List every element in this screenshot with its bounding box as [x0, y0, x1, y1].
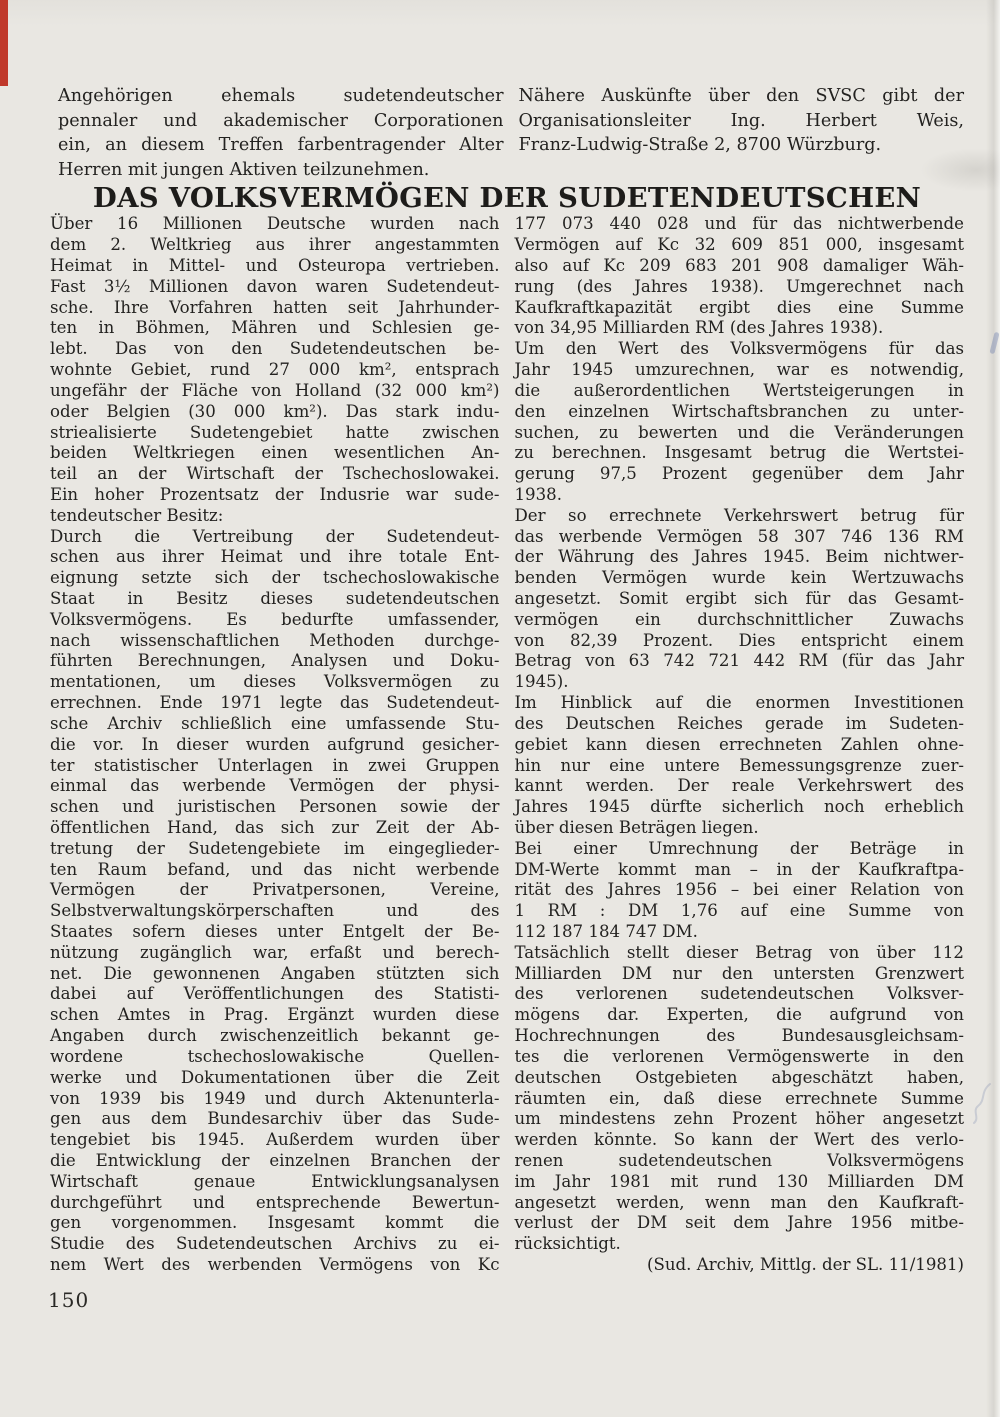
text-line: ten Raum befand, und das nicht werbende	[50, 860, 500, 881]
text-line: dem 2. Weltkrieg aus ihrer angestammten	[50, 235, 500, 256]
text-line: Um den Wert des Volksvermögens für das	[515, 339, 965, 360]
text-line: das werbende Vermögen 58 307 746 136 RM	[515, 527, 965, 548]
text-line: eignung setzte sich der tschechoslowakis…	[50, 568, 500, 589]
text-line: Vermögen der Privatpersonen, Vereine,	[50, 880, 500, 901]
text-line: Herren mit jungen Aktiven teilzunehmen.	[58, 158, 504, 183]
text-line: angesetzt. Somit ergibt sich für das Ges…	[515, 589, 965, 610]
text-line: Ein hoher Prozentsatz der Indusrie war s…	[50, 485, 500, 506]
text-line: die vor. In dieser wurden aufgrund gesic…	[50, 735, 500, 756]
text-line: den einzelnen Wirtschaftsbranchen zu unt…	[515, 402, 965, 423]
text-line: führten Berechnungen, Analysen und Doku-	[50, 651, 500, 672]
text-line: schen Amtes in Prag. Ergänzt wurden dies…	[50, 1005, 500, 1026]
text-line: 1 RM : DM 1,76 auf eine Summe von	[515, 901, 965, 922]
text-line: sche. Ihre Vorfahren hatten seit Jahrhun…	[50, 298, 500, 319]
text-line: Staates sofern dieses unter Entgelt der …	[50, 922, 500, 943]
text-line: nach wissenschaftlichen Methoden durchge…	[50, 631, 500, 652]
text-line: werden könnte. So kann der Wert des verl…	[515, 1130, 965, 1151]
source-credit: (Sud. Archiv, Mittlg. der SL. 11/1981)	[515, 1255, 965, 1276]
text-line: mögens dar. Experten, die aufgrund von	[515, 1005, 965, 1026]
text-line: wordene tschechoslowakische Quellen-	[50, 1047, 500, 1068]
paragraph: 177 073 440 028 und für das nichtwerbend…	[515, 214, 965, 339]
text-line: benden Vermögen wurde kein Wertzuwachs	[515, 568, 965, 589]
text-line: gen vorgenommen. Insgesamt kommt die	[50, 1213, 500, 1234]
text-line: Jahres 1945 dürfte sicherlich noch erheb…	[515, 797, 965, 818]
text-line: ten in Böhmen, Mähren und Schlesien ge-	[50, 318, 500, 339]
text-line: ungefähr der Fläche von Holland (32 000 …	[50, 381, 500, 402]
text-line: Volksvermögens. Es bedurfte umfassender,	[50, 610, 500, 631]
text-line: DM-Werte kommt man – in der Kaufkraftpa-	[515, 860, 965, 881]
text-line: nützung zugänglich war, erfaßt und berec…	[50, 943, 500, 964]
intro-section: Angehörigen ehemals sudetendeutscherpenn…	[50, 84, 964, 182]
text-line: also auf Kc 209 683 201 908 damaliger Wä…	[515, 256, 965, 277]
text-line: nem Wert des werbenden Vermögens von Kc	[50, 1255, 500, 1276]
text-line: tengebiet bis 1945. Außerdem wurden über	[50, 1130, 500, 1151]
text-line: des verlorenen sudetendeutschen Volksver…	[515, 984, 965, 1005]
paragraph: Um den Wert des Volksvermögens für dasJa…	[515, 339, 965, 506]
text-line: im Jahr 1981 mit rund 130 Milliarden DM	[515, 1172, 965, 1193]
text-line: zu berechnen. Insgesamt betrug die Werts…	[515, 443, 965, 464]
text-line: suchen, zu bewerten und die Veränderunge…	[515, 423, 965, 444]
text-line: Staat in Besitz dieses sudetendeutschen	[50, 589, 500, 610]
text-line: die außerordentlichen Wertsteigerungen i…	[515, 381, 965, 402]
text-line: sche Archiv schließlich eine umfassende …	[50, 714, 500, 735]
text-line: schen aus ihrer Heimat und ihre totale E…	[50, 547, 500, 568]
text-line: tendeutscher Besitz:	[50, 506, 500, 527]
text-line: pennaler und akademischer Corporationen	[58, 109, 504, 134]
text-line: striealisierte Sudetengebiet hatte zwisc…	[50, 423, 500, 444]
article-title: DAS VOLKSVERMÖGEN DER SUDETENDEUTSCHEN	[50, 184, 964, 212]
text-line: tretung der Sudetengebiete im eingeglied…	[50, 839, 500, 860]
text-line: Milliarden DM nur den untersten Grenzwer…	[515, 964, 965, 985]
text-line: beiden Weltkriegen einen wesentlichen An…	[50, 443, 500, 464]
text-line: tes die verlorenen Vermögenswerte in den	[515, 1047, 965, 1068]
text-line: (Sud. Archiv, Mittlg. der SL. 11/1981)	[515, 1255, 965, 1276]
text-line: Über 16 Millionen Deutsche wurden nach	[50, 214, 500, 235]
text-line: durchgeführt und entsprechende Bewertun-	[50, 1193, 500, 1214]
text-line: 177 073 440 028 und für das nichtwerbend…	[515, 214, 965, 235]
text-line: Der so errechnete Verkehrswert betrug fü…	[515, 506, 965, 527]
intro-right-paragraph: Nähere Auskünfte über den SVSC gibt derO…	[519, 84, 965, 158]
text-line: um mindestens zehn Prozent höher angeset…	[515, 1109, 965, 1130]
text-line: 1938.	[515, 485, 965, 506]
document-page: Angehörigen ehemals sudetendeutscherpenn…	[0, 0, 1000, 1417]
text-line: rung (des Jahres 1938). Umgerechnet nach	[515, 277, 965, 298]
text-line: vermögen ein durchschnittlicher Zuwachs	[515, 610, 965, 631]
text-line: gen aus dem Bundesarchiv über das Sude-	[50, 1109, 500, 1130]
text-line: lebt. Das von den Sudetendeutschen be-	[50, 339, 500, 360]
paragraph: Über 16 Millionen Deutsche wurden nachde…	[50, 214, 500, 526]
text-line: Fast 3½ Millionen davon waren Sudetendeu…	[50, 277, 500, 298]
paragraph: Bei einer Umrechnung der Beträge inDM-We…	[515, 839, 965, 943]
text-line: des Deutschen Reiches gerade im Sudeten-	[515, 714, 965, 735]
body-left-column: Über 16 Millionen Deutsche wurden nachde…	[50, 214, 500, 1275]
text-line: oder Belgien (30 000 km²). Das stark ind…	[50, 402, 500, 423]
text-line: wohnte Gebiet, rund 27 000 km², entsprac…	[50, 360, 500, 381]
text-line: räumten ein, daß diese errechnete Summe	[515, 1089, 965, 1110]
text-line: 1945).	[515, 672, 965, 693]
scan-artifact-red-strip	[0, 0, 8, 86]
text-line: über diesen Beträgen liegen.	[515, 818, 965, 839]
text-line: Organisationsleiter Ing. Herbert Weis,	[519, 109, 965, 134]
text-line: rität des Jahres 1956 – bei einer Relati…	[515, 880, 965, 901]
text-line: angesetzt werden, wenn man den Kaufkraft…	[515, 1193, 965, 1214]
text-line: net. Die gewonnenen Angaben stützten sic…	[50, 964, 500, 985]
text-line: öffentlichen Hand, das sich zur Zeit der…	[50, 818, 500, 839]
text-line: Bei einer Umrechnung der Beträge in	[515, 839, 965, 860]
text-line: Tatsächlich stellt dieser Betrag von übe…	[515, 943, 965, 964]
text-line: Vermögen auf Kc 32 609 851 000, insgesam…	[515, 235, 965, 256]
article-body: Über 16 Millionen Deutsche wurden nachde…	[50, 214, 964, 1275]
intro-left-paragraph: Angehörigen ehemals sudetendeutscherpenn…	[58, 84, 504, 182]
text-line: die Entwicklung der einzelnen Branchen d…	[50, 1151, 500, 1172]
text-line: von 1939 bis 1949 und durch Aktenunterla…	[50, 1089, 500, 1110]
text-line: Nähere Auskünfte über den SVSC gibt der	[519, 84, 965, 109]
page-content: Angehörigen ehemals sudetendeutscherpenn…	[0, 0, 1000, 1276]
text-line: rücksichtigt.	[515, 1234, 965, 1255]
scan-artifact-blue-squiggle	[970, 1082, 994, 1128]
text-line: Franz-Ludwig-Straße 2, 8700 Würzburg.	[519, 133, 965, 158]
text-line: werke und Dokumentationen über die Zeit	[50, 1068, 500, 1089]
text-line: Durch die Vertreibung der Sudetendeut-	[50, 527, 500, 548]
text-line: Angaben durch zwischenzeitlich bekannt g…	[50, 1026, 500, 1047]
text-line: 112 187 184 747 DM.	[515, 922, 965, 943]
paragraph: Durch die Vertreibung der Sudetendeut-sc…	[50, 527, 500, 1276]
text-line: Studie des Sudetendeutschen Archivs zu e…	[50, 1234, 500, 1255]
text-line: Hochrechnungen des Bundesausgleichsam-	[515, 1026, 965, 1047]
text-line: verlust der DM seit dem Jahre 1956 mitbe…	[515, 1213, 965, 1234]
body-right-column: 177 073 440 028 und für das nichtwerbend…	[515, 214, 965, 1275]
text-line: deutschen Ostgebieten abgeschätzt haben,	[515, 1068, 965, 1089]
intro-left-column: Angehörigen ehemals sudetendeutscherpenn…	[50, 84, 504, 182]
text-line: von 82,39 Prozent. Dies entspricht einem	[515, 631, 965, 652]
text-line: ter statistischer Unterlagen in zwei Gru…	[50, 756, 500, 777]
text-line: dabei auf Veröffentlichungen des Statist…	[50, 984, 500, 1005]
text-line: Selbstverwaltungskörperschaften und des	[50, 901, 500, 922]
paragraph: Im Hinblick auf die enormen Investitione…	[515, 693, 965, 839]
text-line: einmal das werbende Vermögen der physi-	[50, 776, 500, 797]
intro-right-column: Nähere Auskünfte über den SVSC gibt derO…	[519, 84, 965, 182]
text-line: Kaufkraftkapazität ergibt dies eine Summ…	[515, 298, 965, 319]
text-line: mentationen, um dieses Volksvermögen zu	[50, 672, 500, 693]
text-line: der Währung des Jahres 1945. Beim nichtw…	[515, 547, 965, 568]
text-line: renen sudetendeutschen Volksvermögens	[515, 1151, 965, 1172]
text-line: ein, an diesem Treffen farbentragender A…	[58, 133, 504, 158]
paragraph: Der so errechnete Verkehrswert betrug fü…	[515, 506, 965, 693]
page-edge-shadow	[986, 0, 1000, 1417]
text-line: Wirtschaft genaue Entwicklungsanalysen	[50, 1172, 500, 1193]
text-line: kannt werden. Der reale Verkehrswert des	[515, 776, 965, 797]
text-line: gerung 97,5 Prozent gegenüber dem Jahr	[515, 464, 965, 485]
text-line: gebiet kann diesen errechneten Zahlen oh…	[515, 735, 965, 756]
paragraph: Tatsächlich stellt dieser Betrag von übe…	[515, 943, 965, 1255]
text-line: Angehörigen ehemals sudetendeutscher	[58, 84, 504, 109]
page-number: 150	[48, 1288, 89, 1312]
text-line: Jahr 1945 umzurechnen, war es notwendig,	[515, 360, 965, 381]
text-line: Heimat in Mittel- und Osteuropa vertrieb…	[50, 256, 500, 277]
text-line: hin nur eine untere Bemessungsgrenze zue…	[515, 756, 965, 777]
text-line: Im Hinblick auf die enormen Investitione…	[515, 693, 965, 714]
text-line: errechnen. Ende 1971 legte das Sudetende…	[50, 693, 500, 714]
text-line: Betrag von 63 742 721 442 RM (für das Ja…	[515, 651, 965, 672]
text-line: schen und juristischen Personen sowie de…	[50, 797, 500, 818]
text-line: teil an der Wirtschaft der Tschechoslowa…	[50, 464, 500, 485]
text-line: von 34,95 Milliarden RM (des Jahres 1938…	[515, 318, 965, 339]
